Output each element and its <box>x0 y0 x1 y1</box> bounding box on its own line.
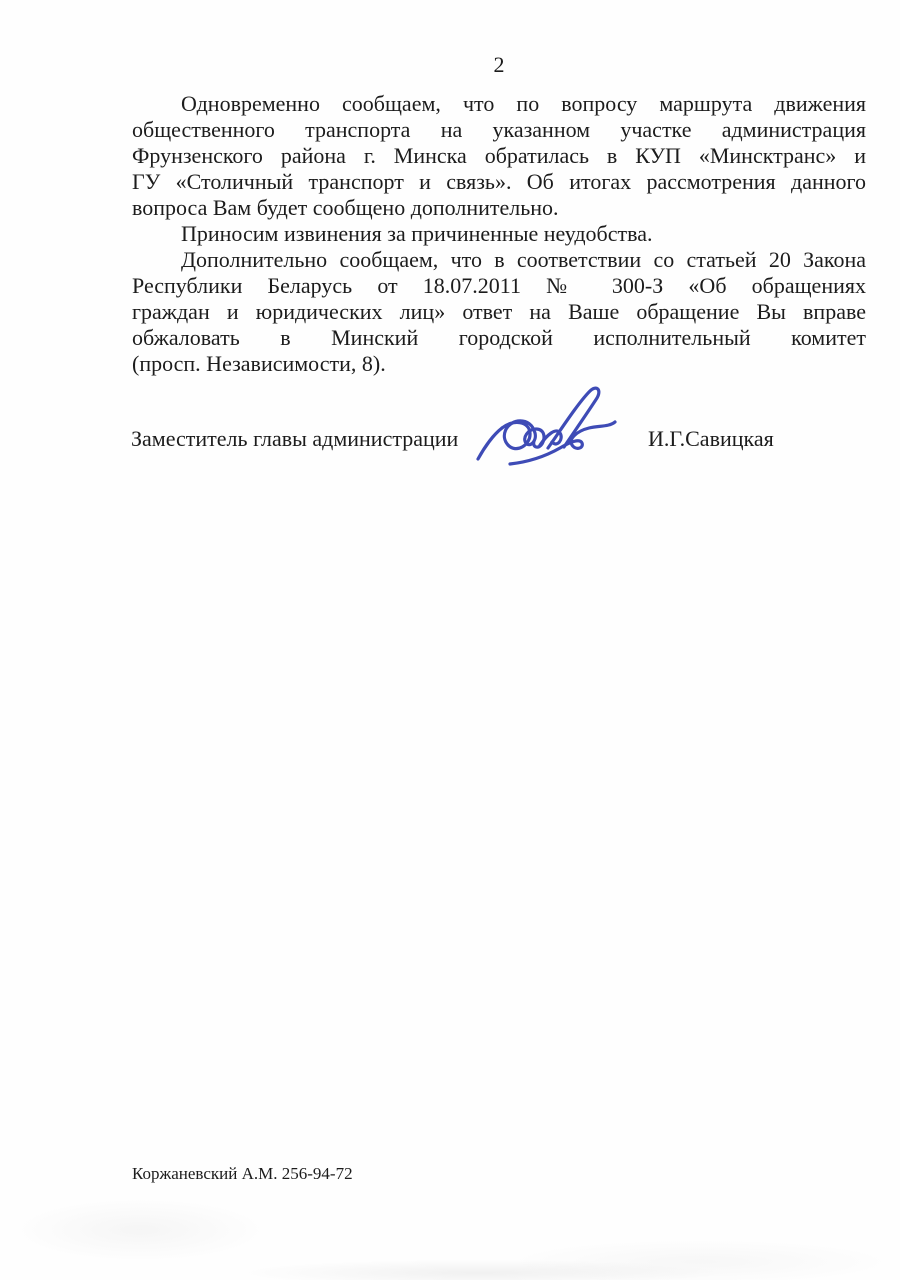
paragraph-line: граждан и юридических лиц» ответ на Ваше… <box>132 299 866 325</box>
paragraph-line: Одновременно сообщаем, что по вопросу ма… <box>132 91 866 117</box>
paragraph-line: вопроса Вам будет сообщено дополнительно… <box>132 195 866 221</box>
letter-body: Одновременно сообщаем, что по вопросу ма… <box>132 91 866 377</box>
paragraph-line: Приносим извинения за причиненные неудоб… <box>132 221 866 247</box>
paragraph-line: Фрунзенского района г. Минска обратилась… <box>132 143 866 169</box>
paragraph-line: обжаловать в Минский городской исполните… <box>132 325 866 351</box>
paragraph-line: общественного транспорта на указанном уч… <box>132 117 866 143</box>
scanned-letter-page: 2 Одновременно сообщаем, что по вопросу … <box>0 0 900 1280</box>
paragraph-line: Дополнительно сообщаем, что в соответств… <box>132 247 866 273</box>
paragraph-line: ГУ «Столичный транспорт и связь». Об ито… <box>132 169 866 195</box>
paragraph: Приносим извинения за причиненные неудоб… <box>132 221 866 247</box>
paragraph: Одновременно сообщаем, что по вопросу ма… <box>132 91 866 221</box>
signatory-name: И.Г.Савицкая <box>648 426 774 452</box>
handwritten-signature-icon <box>468 383 626 479</box>
signatory-position-label: Заместитель главы администрации <box>131 426 458 452</box>
page-number: 2 <box>132 52 866 78</box>
paragraph: Дополнительно сообщаем, что в соответств… <box>132 247 866 377</box>
paragraph-line: Республики Беларусь от 18.07.2011 № 300-… <box>132 273 866 299</box>
executor-contact: Коржаневский А.М. 256-94-72 <box>132 1164 353 1184</box>
paragraph-line: (просп. Независимости, 8). <box>132 351 866 377</box>
